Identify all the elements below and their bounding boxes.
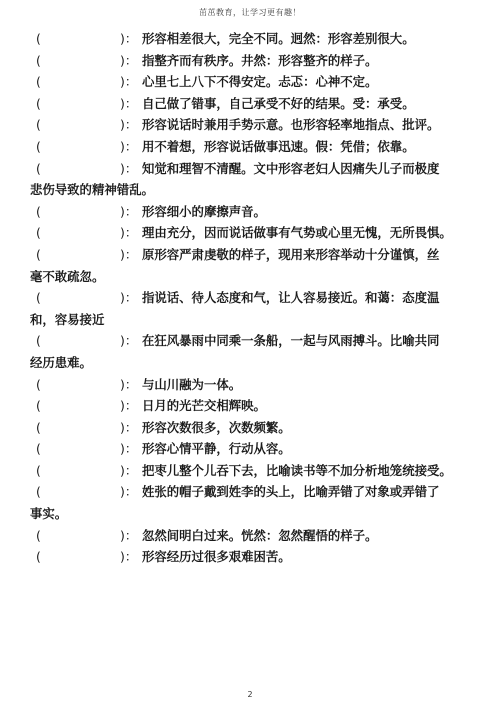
blank-close-paren: )： (120, 287, 142, 309)
fill-in-entry: ()：形容相差很大，完全不同。迥然：形容差别很大。 (32, 28, 482, 50)
definition-text: 形容心情平静，行动从容。 (142, 441, 291, 456)
definition-text: 忽然间明白过来。恍然：忽然醒悟的样子。 (142, 528, 377, 543)
blank-open-paren[interactable]: ( (32, 71, 120, 93)
entry-line: ()：原形容严肃虔敬的样子，现用来形容举动十分谨慎，丝 (32, 244, 482, 266)
fill-in-entry: ()：指整齐而有秩序。井然：形容整齐的样子。 (32, 50, 482, 72)
fill-in-entry: ()：指说话、待人态度和气，让人容易接近。和蔼：态度温和，容易接近 (32, 287, 482, 330)
definition-text: 形容说话时兼用手势示意。也形容轻率地指点、批评。 (142, 117, 439, 132)
blank-open-paren[interactable]: ( (32, 374, 120, 396)
entry-line: ()：形容心情平静，行动从容。 (32, 438, 482, 460)
blank-close-paren: )： (120, 330, 142, 352)
blank-close-paren: )： (120, 28, 142, 50)
entry-line: ()：指说话、待人态度和气，让人容易接近。和蔼：态度温 (32, 287, 482, 309)
fill-in-entry: ()：用不着想，形容说话做事迅速。假：凭借；依靠。 (32, 136, 482, 158)
fill-in-entry: ()：姓张的帽子戴到姓李的头上，比喻弄错了对象或弄错了事实。 (32, 481, 482, 524)
fill-in-entry: ()：把枣儿整个儿吞下去，比喻读书等不加分析地笼统接受。 (32, 460, 482, 482)
definition-text: 理由充分，因而说话做事有气势或心里无愧，无所畏惧。 (142, 225, 452, 240)
entry-line: ()：日月的光芒交相辉映。 (32, 395, 482, 417)
blank-close-paren: )： (120, 222, 142, 244)
fill-in-entry: ()：形容经历过很多艰难困苦。 (32, 546, 482, 568)
entry-line: ()：与山川融为一体。 (32, 374, 482, 396)
blank-open-paren[interactable]: ( (32, 460, 120, 482)
blank-open-paren[interactable]: ( (32, 287, 120, 309)
blank-open-paren[interactable]: ( (32, 481, 120, 503)
entry-line: ()：形容说话时兼用手势示意。也形容轻率地指点、批评。 (32, 114, 482, 136)
blank-close-paren: )： (120, 158, 142, 180)
blank-open-paren[interactable]: ( (32, 158, 120, 180)
fill-in-entry: ()：与山川融为一体。 (32, 374, 482, 396)
blank-close-paren: )： (120, 438, 142, 460)
entry-line: ()：知觉和理智不清醒。文中形容老妇人因痛失儿子而极度 (32, 158, 482, 180)
entry-line: ()：形容相差很大，完全不同。迥然：形容差别很大。 (32, 28, 482, 50)
blank-close-paren: )： (120, 460, 142, 482)
definition-text: 形容相差很大，完全不同。迥然：形容差别很大。 (142, 31, 415, 46)
definition-text: 指整齐而有秩序。井然：形容整齐的样子。 (142, 53, 377, 68)
entry-line: ()：把枣儿整个儿吞下去，比喻读书等不加分析地笼统接受。 (32, 460, 482, 482)
fill-in-entry: ()：自己做了错事，自己承受不好的结果。受：承受。 (32, 93, 482, 115)
blank-close-paren: )： (120, 50, 142, 72)
blank-open-paren[interactable]: ( (32, 330, 120, 352)
entry-line: ()：自己做了错事，自己承受不好的结果。受：承受。 (32, 93, 482, 115)
page-number: 2 (0, 690, 500, 699)
blank-open-paren[interactable]: ( (32, 114, 120, 136)
definition-text: 原形容严肃虔敬的样子，现用来形容举动十分谨慎，丝 (142, 247, 439, 262)
definition-text: 知觉和理智不清醒。文中形容老妇人因痛失儿子而极度 (142, 161, 439, 176)
blank-close-paren: )： (120, 244, 142, 266)
fill-in-entry: ()：日月的光芒交相辉映。 (32, 395, 482, 417)
entry-line: ()：心里七上八下不得安定。忐忑：心神不定。 (32, 71, 482, 93)
entry-line: ()：姓张的帽子戴到姓李的头上，比喻弄错了对象或弄错了 (32, 481, 482, 503)
blank-open-paren[interactable]: ( (32, 28, 120, 50)
fill-in-entry: ()：形容细小的摩擦声音。 (32, 201, 482, 223)
entry-line: ()：忽然间明白过来。恍然：忽然醒悟的样子。 (32, 525, 482, 547)
definition-text: 形容细小的摩擦声音。 (142, 204, 266, 219)
blank-open-paren[interactable]: ( (32, 546, 120, 568)
blank-open-paren[interactable]: ( (32, 93, 120, 115)
definition-text: 与山川融为一体。 (142, 377, 241, 392)
definition-text: 自己做了错事，自己承受不好的结果。受：承受。 (142, 96, 415, 111)
definition-text: 姓张的帽子戴到姓李的头上，比喻弄错了对象或弄错了 (142, 484, 439, 499)
definition-text: 日月的光芒交相辉映。 (142, 398, 266, 413)
blank-close-paren: )： (120, 417, 142, 439)
blank-open-paren[interactable]: ( (32, 525, 120, 547)
fill-in-entry: ()：在狂风暴雨中同乘一条船，一起与风雨搏斗。比喻共同经历患难。 (32, 330, 482, 373)
exercise-list: ()：形容相差很大，完全不同。迥然：形容差别很大。()：指整齐而有秩序。井然：形… (32, 28, 482, 568)
page-header: 茁茁教育，让学习更有趣！ (0, 7, 500, 18)
definition-text: 指说话、待人态度和气，让人容易接近。和蔼：态度温 (142, 290, 439, 305)
blank-close-paren: )： (120, 71, 142, 93)
blank-close-paren: )： (120, 546, 142, 568)
blank-open-paren[interactable]: ( (32, 136, 120, 158)
blank-close-paren: )： (120, 136, 142, 158)
blank-close-paren: )： (120, 525, 142, 547)
entry-line: ()：指整齐而有秩序。井然：形容整齐的样子。 (32, 50, 482, 72)
entry-line: ()：形容细小的摩擦声音。 (32, 201, 482, 223)
definition-text: 把枣儿整个儿吞下去，比喻读书等不加分析地笼统接受。 (142, 463, 452, 478)
definition-continuation: 经历患难。 (30, 352, 482, 374)
definition-text: 形容经历过很多艰难困苦。 (142, 549, 291, 564)
definition-text: 用不着想，形容说话做事迅速。假：凭借；依靠。 (142, 139, 415, 154)
entry-line: ()：在狂风暴雨中同乘一条船，一起与风雨搏斗。比喻共同 (32, 330, 482, 352)
definition-text: 心里七上八下不得安定。忐忑：心神不定。 (142, 74, 377, 89)
blank-close-paren: )： (120, 481, 142, 503)
blank-close-paren: )： (120, 93, 142, 115)
blank-open-paren[interactable]: ( (32, 50, 120, 72)
definition-continuation: 事实。 (30, 503, 482, 525)
blank-close-paren: )： (120, 395, 142, 417)
fill-in-entry: ()：忽然间明白过来。恍然：忽然醒悟的样子。 (32, 525, 482, 547)
definition-text: 形容次数很多，次数频繁。 (142, 420, 291, 435)
blank-open-paren[interactable]: ( (32, 244, 120, 266)
entry-line: ()：形容次数很多，次数频繁。 (32, 417, 482, 439)
definition-continuation: 悲伤导致的精神错乱。 (30, 179, 482, 201)
entry-line: ()：用不着想，形容说话做事迅速。假：凭借；依靠。 (32, 136, 482, 158)
blank-open-paren[interactable]: ( (32, 417, 120, 439)
blank-close-paren: )： (120, 201, 142, 223)
fill-in-entry: ()：心里七上八下不得安定。忐忑：心神不定。 (32, 71, 482, 93)
entry-line: ()：理由充分，因而说话做事有气势或心里无愧，无所畏惧。 (32, 222, 482, 244)
definition-continuation: 和，容易接近 (30, 309, 482, 331)
fill-in-entry: ()：形容说话时兼用手势示意。也形容轻率地指点、批评。 (32, 114, 482, 136)
blank-open-paren[interactable]: ( (32, 201, 120, 223)
fill-in-entry: ()：形容次数很多，次数频繁。 (32, 417, 482, 439)
fill-in-entry: ()：知觉和理智不清醒。文中形容老妇人因痛失儿子而极度悲伤导致的精神错乱。 (32, 158, 482, 201)
blank-close-paren: )： (120, 114, 142, 136)
fill-in-entry: ()：原形容严肃虔敬的样子，现用来形容举动十分谨慎，丝毫不敢疏忽。 (32, 244, 482, 287)
fill-in-entry: ()：理由充分，因而说话做事有气势或心里无愧，无所畏惧。 (32, 222, 482, 244)
blank-open-paren[interactable]: ( (32, 395, 120, 417)
definition-continuation: 毫不敢疏忽。 (30, 266, 482, 288)
fill-in-entry: ()：形容心情平静，行动从容。 (32, 438, 482, 460)
entry-line: ()：形容经历过很多艰难困苦。 (32, 546, 482, 568)
blank-open-paren[interactable]: ( (32, 222, 120, 244)
definition-text: 在狂风暴雨中同乘一条船，一起与风雨搏斗。比喻共同 (142, 333, 439, 348)
blank-close-paren: )： (120, 374, 142, 396)
blank-open-paren[interactable]: ( (32, 438, 120, 460)
